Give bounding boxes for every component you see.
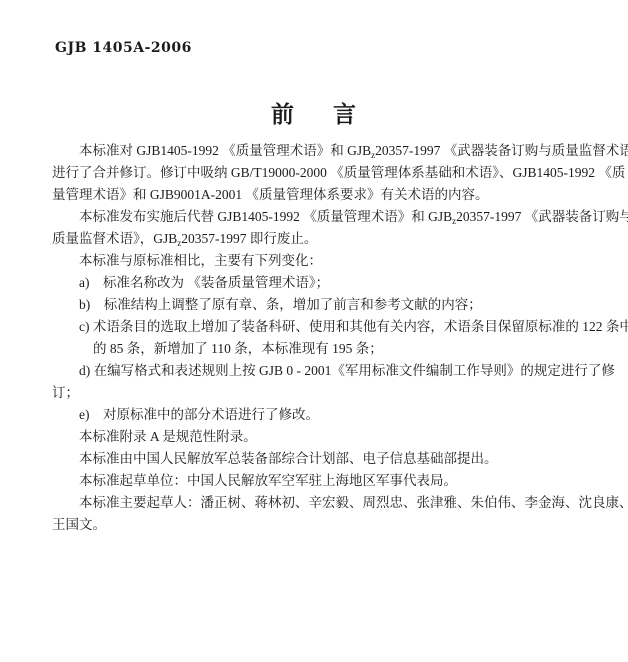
text-segment: 王国文。 [52,517,106,532]
document-page: GJB 1405A-2006 前言 本标准对 GJB1405-1992 《质量管… [0,0,628,662]
text-segment: 进行了合并修订。修订中吸纳 GB/T19000-2000 《质量管理体系基础和术… [52,165,625,180]
page-title-char-2: 言 [333,102,357,127]
body-text: 本标准对 GJB1405-1992 《质量管理术语》和 GJBz20357-19… [52,140,586,536]
text-segment: 20357-1997 《武器装备订购与质量监督术语》 [375,143,628,158]
text-segment: 本标准与原标准相比，主要有下列变化： [79,253,322,268]
text-line: a) 标准名称改为 《装备质量管理术语》； [52,272,586,294]
text-segment: 本标准发布实施后代替 GJB1405-1992 《质量管理术语》和 GJB [79,209,452,224]
page-title: 前言 [0,96,628,129]
text-segment: 本标准主要起草人：潘正树、蒋林初、辛宏毅、周烈忠、张津雅、朱伯伟、李金海、沈良康… [79,495,628,510]
text-line: 王国文。 [52,514,586,536]
text-line: b) 标准结构上调整了原有章、条，增加了前言和参考文献的内容； [52,294,586,316]
text-segment: 本标准对 GJB1405-1992 《质量管理术语》和 GJB [79,143,371,158]
text-segment: e) 对原标准中的部分术语进行了修改。 [79,407,319,422]
text-segment: 量管理术语》和 GJB9001A-2001 《质量管理体系要求》有关术语的内容。 [52,187,489,202]
text-segment: 本标准起草单位：中国人民解放军空军驻上海地区军事代表局。 [79,473,457,488]
subscript-text: z [177,238,181,248]
text-line: 本标准与原标准相比，主要有下列变化： [52,250,586,272]
text-line: c) 术语条目的选取上增加了装备科研、使用和其他有关内容，术语条目保留原标准的 … [52,316,586,338]
text-line: 本标准对 GJB1405-1992 《质量管理术语》和 GJBz20357-19… [52,140,586,162]
text-line: 本标准起草单位：中国人民解放军空军驻上海地区军事代表局。 [52,470,586,492]
text-segment: c) 术语条目的选取上增加了装备科研、使用和其他有关内容，术语条目保留原标准的 … [79,319,628,334]
text-line: 质量监督术语》，GJBz20357-1997 即行废止。 [52,228,586,250]
text-line: 本标准附录 A 是规范性附录。 [52,426,586,448]
text-segment: 本标准由中国人民解放军总装备部综合计划部、电子信息基础部提出。 [79,451,498,466]
subscript-text: z [371,150,375,160]
text-segment: 的 85 条，新增加了 110 条，本标准现有 195 条； [93,341,383,356]
text-segment: b) 标准结构上调整了原有章、条，增加了前言和参考文献的内容； [79,297,482,312]
page-title-char-1: 前 [271,102,295,127]
text-segment: 本标准附录 A 是规范性附录。 [79,429,257,444]
text-line: 订； [52,382,586,404]
text-line: 本标准由中国人民解放军总装备部综合计划部、电子信息基础部提出。 [52,448,586,470]
text-line: 本标准发布实施后代替 GJB1405-1992 《质量管理术语》和 GJBz20… [52,206,586,228]
text-line: 进行了合并修订。修订中吸纳 GB/T19000-2000 《质量管理体系基础和术… [52,162,586,184]
standard-number: GJB 1405A-2006 [55,40,192,56]
text-segment: d) 在编写格式和表述规则上按 GJB 0 - 2001《军用标准文件编制工作导… [79,363,615,378]
text-segment: 20357-1997 《武器装备订购与 [456,209,628,224]
text-line: 本标准主要起草人：潘正树、蒋林初、辛宏毅、周烈忠、张津雅、朱伯伟、李金海、沈良康… [52,492,586,514]
text-line: 的 85 条，新增加了 110 条，本标准现有 195 条； [52,338,586,360]
text-line: e) 对原标准中的部分术语进行了修改。 [52,404,586,426]
text-segment: 订； [52,385,79,400]
text-line: 量管理术语》和 GJB9001A-2001 《质量管理体系要求》有关术语的内容。 [52,184,586,206]
text-segment: 20357-1997 即行废止。 [181,231,317,246]
text-segment: a) 标准名称改为 《装备质量管理术语》； [79,275,329,290]
subscript-text: z [452,216,456,226]
text-segment: 质量监督术语》，GJB [52,231,177,246]
text-line: d) 在编写格式和表述规则上按 GJB 0 - 2001《军用标准文件编制工作导… [52,360,586,382]
